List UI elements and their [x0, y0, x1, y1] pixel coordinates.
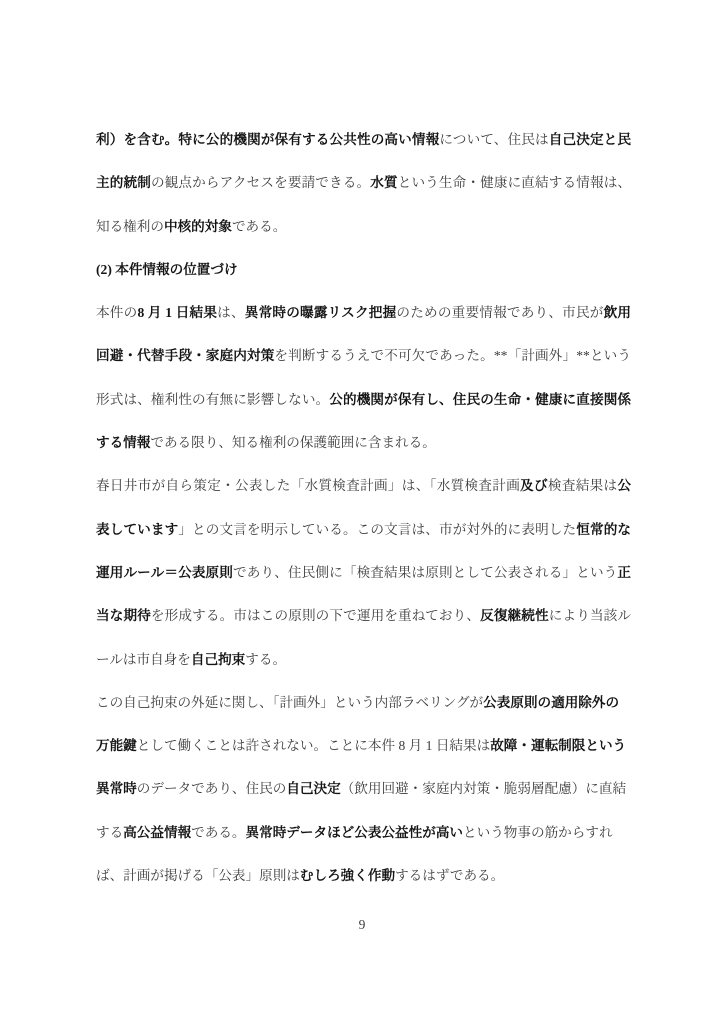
document-page: 利）を含む。特に公的機関が保有する公共性の高い情報について、住民は自己決定と民主… — [0, 0, 724, 1024]
paragraph: 利）を含む。特に公的機関が保有する公共性の高い情報について、住民は自己決定と民主… — [96, 118, 631, 248]
bold-text-run: 利）を含む。特に公的機関が保有する公共性の高い情報 — [96, 132, 439, 147]
bold-text-run: 高公益情報 — [123, 825, 191, 840]
paragraph: この自己拘束の外延に関し、「計画外」という内部ラベリングが公表原則の適用除外の万… — [96, 681, 631, 897]
page-number: 9 — [359, 917, 366, 932]
bold-text-run: 異常時データほど公表公益性が高い — [246, 825, 464, 840]
text-run: の観点からアクセスを要請できる。 — [151, 175, 370, 190]
text-run: は、 — [217, 305, 245, 320]
text-run: について、住民は — [439, 132, 548, 147]
page-footer: 9 — [0, 913, 724, 937]
text-run: であり、住民側に「検査結果は原則として公表される」という — [233, 565, 617, 580]
text-run: 本件の — [96, 305, 137, 320]
text-run: するはずである。 — [395, 868, 504, 883]
text-run: 検査結果は — [548, 478, 618, 493]
paragraph: 本件の8 月 1 日結果は、異常時の曝露リスク把握のための重要情報であり、市民が… — [96, 291, 631, 464]
paragraph: 春日井市が自ら策定・公表した「水質検査計画」は、「水質検査計画及び検査結果は公表… — [96, 464, 631, 680]
bold-text-run: 中核的対象 — [164, 219, 232, 234]
bold-text-run: むしろ強く作動 — [300, 868, 395, 883]
text-run: である。 — [191, 825, 245, 840]
text-run: として働くことは許されない。ことに本件 8 月 1 日結果は — [137, 738, 490, 753]
bold-text-run: (2) 本件情報の位置づけ — [96, 262, 238, 277]
bold-text-run: 水質 — [370, 175, 397, 190]
bold-text-run: 自己決定 — [286, 781, 340, 796]
section-heading: (2) 本件情報の位置づけ — [96, 248, 631, 291]
text-run: のための重要情報であり、市民が — [396, 305, 603, 320]
text-run: する。 — [245, 652, 286, 667]
bold-text-run: 8 月 1 日結果 — [137, 305, 217, 320]
text-run: この自己拘束の外延に関し、「計画外」という内部ラベリングが — [96, 695, 483, 710]
text-run: である限り、知る権利の保護範囲に含まれる。 — [150, 435, 435, 450]
bold-text-run: 異常時の曝露リスク把握 — [245, 305, 397, 320]
bold-text-run: 自己拘束 — [191, 652, 245, 667]
document-body: 利）を含む。特に公的機関が保有する公共性の高い情報について、住民は自己決定と民主… — [96, 118, 631, 897]
bold-text-run: 反復継続性 — [480, 608, 549, 623]
text-run: 春日井市が自ら策定・公表した「水質検査計画」は、「水質検査計画 — [96, 478, 520, 493]
text-run: のデータであり、住民の — [137, 781, 287, 796]
text-run: 」との文言を明示している。この文言は、市が対外的に表明した — [178, 522, 576, 537]
text-run: である。 — [232, 219, 286, 234]
text-run: を形成する。市はこの原則の下で運用を重ねており、 — [151, 608, 480, 623]
bold-text-run: 及び — [520, 478, 548, 493]
